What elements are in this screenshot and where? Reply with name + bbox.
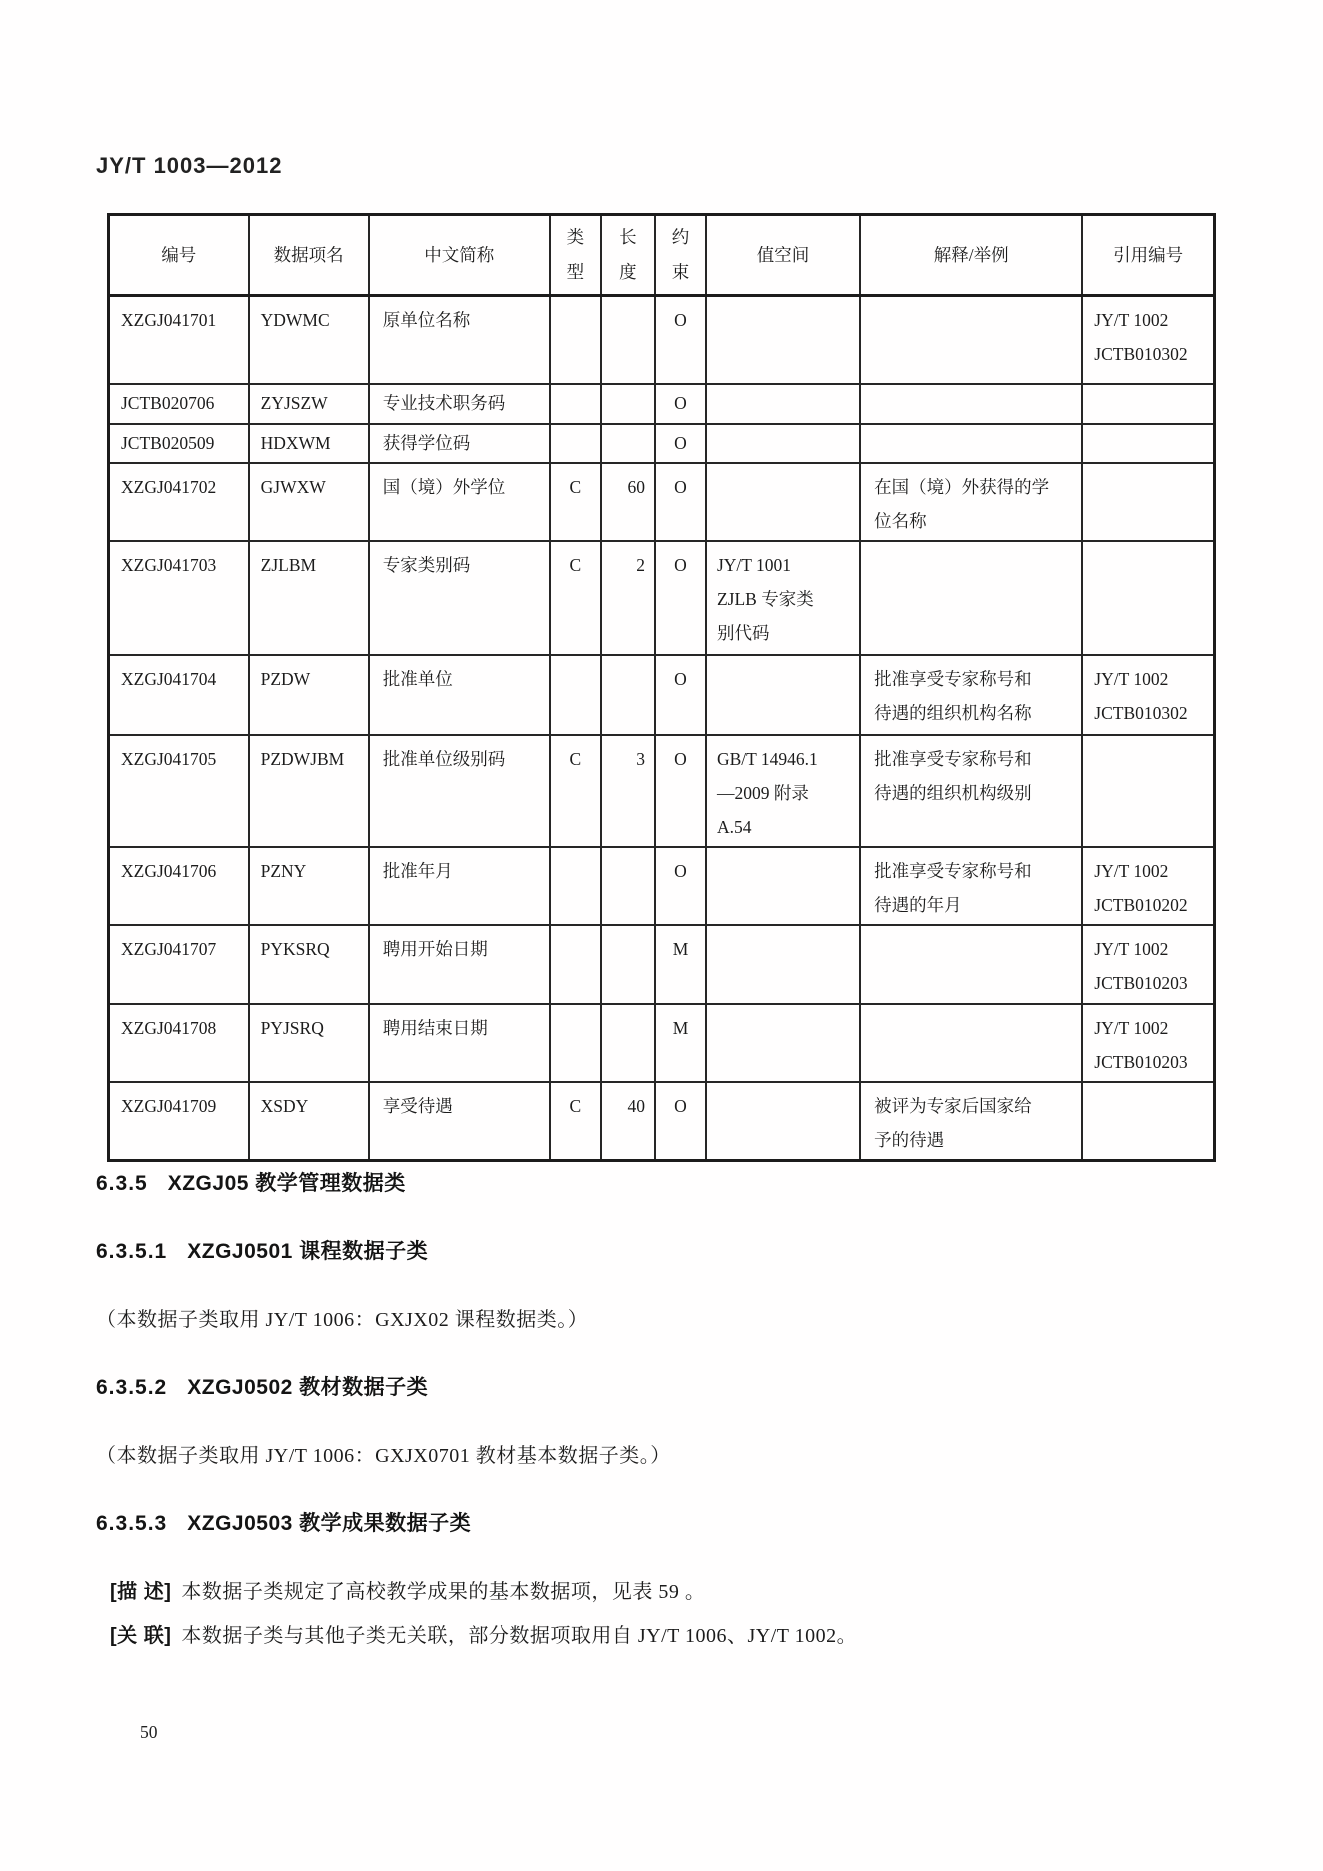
cell-ref: JY/T 1002 JCTB010302 <box>1082 296 1214 384</box>
cell-type <box>550 384 601 424</box>
cell-ref <box>1082 424 1214 463</box>
cell-expl <box>860 296 1082 384</box>
cell-item: PZDWJBM <box>249 735 369 847</box>
cell-vs <box>706 847 860 925</box>
cell-cons: O <box>655 424 706 463</box>
cell-expl <box>860 384 1082 424</box>
section-heading: 6.3.5.1XZGJ0501 课程数据子类 <box>96 1238 1223 1266</box>
document-page: JY/T 1003—2012 编号数据项名中文简称类 型长 度约 束值空间解释/… <box>0 0 1323 1871</box>
table-row: XZGJ041708PYJSRQ聘用结束日期MJY/T 1002 JCTB010… <box>109 1004 1215 1082</box>
cell-expl <box>860 1004 1082 1082</box>
cell-cn: 批准年月 <box>369 847 550 925</box>
cell-cn: 批准单位 <box>369 655 550 735</box>
table-row: XZGJ041707PYKSRQ聘用开始日期MJY/T 1002 JCTB010… <box>109 925 1215 1004</box>
table-row: JCTB020509HDXWM获得学位码O <box>109 424 1215 463</box>
cell-num: XZGJ041708 <box>109 1004 249 1082</box>
cell-type: C <box>550 1082 601 1161</box>
cell-len: 60 <box>601 463 655 541</box>
cell-vs <box>706 655 860 735</box>
cell-vs <box>706 1082 860 1161</box>
cell-cn: 专业技术职务码 <box>369 384 550 424</box>
section-title: XZGJ0501 课程数据子类 <box>187 1240 428 1263</box>
cell-ref <box>1082 1082 1214 1161</box>
column-header: 数据项名 <box>249 215 369 296</box>
cell-ref: JY/T 1002 JCTB010203 <box>1082 1004 1214 1082</box>
cell-ref: JY/T 1002 JCTB010202 <box>1082 847 1214 925</box>
cell-type: C <box>550 735 601 847</box>
cell-item: PYKSRQ <box>249 925 369 1004</box>
cell-item: PZDW <box>249 655 369 735</box>
cell-expl: 批准享受专家称号和 待遇的组织机构级别 <box>860 735 1082 847</box>
cell-cn: 聘用开始日期 <box>369 925 550 1004</box>
cell-item: YDWMC <box>249 296 369 384</box>
bracket-label: [关 联] <box>110 1625 171 1647</box>
cell-num: XZGJ041709 <box>109 1082 249 1161</box>
cell-type <box>550 655 601 735</box>
labeled-text: 本数据子类规定了高校教学成果的基本数据项，见表 59 。 <box>181 1581 705 1603</box>
section-title: XZGJ0503 教学成果数据子类 <box>187 1512 471 1535</box>
cell-len <box>601 655 655 735</box>
cell-cons: O <box>655 735 706 847</box>
cell-len: 2 <box>601 541 655 655</box>
cell-num: JCTB020509 <box>109 424 249 463</box>
cell-expl <box>860 925 1082 1004</box>
cell-vs: GB/T 14946.1 —2009 附录 A.54 <box>706 735 860 847</box>
section-number: 6.3.5.1 <box>96 1240 167 1263</box>
section-heading: 6.3.5.3XZGJ0503 教学成果数据子类 <box>96 1510 1223 1538</box>
cell-vs <box>706 424 860 463</box>
section-number: 6.3.5 <box>96 1172 148 1195</box>
cell-item: HDXWM <box>249 424 369 463</box>
cell-num: XZGJ041701 <box>109 296 249 384</box>
cell-item: ZYJSZW <box>249 384 369 424</box>
table-row: JCTB020706ZYJSZW专业技术职务码O <box>109 384 1215 424</box>
cell-item: PZNY <box>249 847 369 925</box>
table-row: XZGJ041704PZDW批准单位O批准享受专家称号和 待遇的组织机构名称JY… <box>109 655 1215 735</box>
sections: 6.3.5XZGJ05 教学管理数据类6.3.5.1XZGJ0501 课程数据子… <box>96 1152 1223 1666</box>
cell-ref: JY/T 1002 JCTB010203 <box>1082 925 1214 1004</box>
data-dictionary-table: 编号数据项名中文简称类 型长 度约 束值空间解释/举例引用编号 XZGJ0417… <box>107 213 1216 1162</box>
column-header: 编号 <box>109 215 249 296</box>
cell-num: XZGJ041706 <box>109 847 249 925</box>
cell-cons: O <box>655 463 706 541</box>
cell-expl: 被评为专家后国家给 予的待遇 <box>860 1082 1082 1161</box>
cell-cons: M <box>655 1004 706 1082</box>
cell-expl: 批准享受专家称号和 待遇的组织机构名称 <box>860 655 1082 735</box>
cell-ref: JY/T 1002 JCTB010302 <box>1082 655 1214 735</box>
cell-vs <box>706 925 860 1004</box>
table-header-row: 编号数据项名中文简称类 型长 度约 束值空间解释/举例引用编号 <box>109 215 1215 296</box>
cell-cons: O <box>655 847 706 925</box>
cell-len: 40 <box>601 1082 655 1161</box>
cell-item: XSDY <box>249 1082 369 1161</box>
cell-len <box>601 847 655 925</box>
cell-cons: O <box>655 384 706 424</box>
cell-num: XZGJ041703 <box>109 541 249 655</box>
cell-cons: O <box>655 655 706 735</box>
cell-expl <box>860 424 1082 463</box>
cell-ref <box>1082 735 1214 847</box>
cell-len <box>601 1004 655 1082</box>
cell-vs <box>706 1004 860 1082</box>
cell-num: XZGJ041707 <box>109 925 249 1004</box>
cell-cons: O <box>655 541 706 655</box>
labeled-text: 本数据子类与其他子类无关联，部分数据项取用自 JY/T 1006、JY/T 10… <box>181 1625 857 1647</box>
bracket-label: [描 述] <box>110 1581 171 1603</box>
column-header: 类 型 <box>550 215 601 296</box>
cell-item: PYJSRQ <box>249 1004 369 1082</box>
cell-num: JCTB020706 <box>109 384 249 424</box>
cell-len <box>601 925 655 1004</box>
labeled-paragraph: [描 述]本数据子类规定了高校教学成果的基本数据项，见表 59 。 <box>110 1578 1223 1606</box>
cell-cn: 获得学位码 <box>369 424 550 463</box>
table-row: XZGJ041709XSDY享受待遇C40O被评为专家后国家给 予的待遇 <box>109 1082 1215 1161</box>
cell-item: ZJLBM <box>249 541 369 655</box>
section-number: 6.3.5.2 <box>96 1376 167 1399</box>
cell-expl <box>860 541 1082 655</box>
cell-type <box>550 925 601 1004</box>
table-row: XZGJ041705PZDWJBM批准单位级别码C3OGB/T 14946.1 … <box>109 735 1215 847</box>
cell-num: XZGJ041704 <box>109 655 249 735</box>
cell-cons: O <box>655 296 706 384</box>
cell-vs: JY/T 1001 ZJLB 专家类 别代码 <box>706 541 860 655</box>
column-header: 解释/举例 <box>860 215 1082 296</box>
paragraph: （本数据子类取用 JY/T 1006：GXJX0701 教材基本数据子类。） <box>96 1442 1223 1470</box>
cell-ref <box>1082 463 1214 541</box>
cell-type <box>550 1004 601 1082</box>
cell-ref <box>1082 541 1214 655</box>
column-header: 长 度 <box>601 215 655 296</box>
cell-ref <box>1082 384 1214 424</box>
cell-cn: 原单位名称 <box>369 296 550 384</box>
table-row: XZGJ041701YDWMC原单位名称OJY/T 1002 JCTB01030… <box>109 296 1215 384</box>
cell-type: C <box>550 541 601 655</box>
cell-cn: 批准单位级别码 <box>369 735 550 847</box>
cell-type: C <box>550 463 601 541</box>
cell-type <box>550 296 601 384</box>
cell-expl: 批准享受专家称号和 待遇的年月 <box>860 847 1082 925</box>
section-title: XZGJ05 教学管理数据类 <box>168 1172 406 1195</box>
cell-cn: 专家类别码 <box>369 541 550 655</box>
column-header: 约 束 <box>655 215 706 296</box>
section-number: 6.3.5.3 <box>96 1512 167 1535</box>
cell-len: 3 <box>601 735 655 847</box>
cell-cn: 享受待遇 <box>369 1082 550 1161</box>
section-heading: 6.3.5XZGJ05 教学管理数据类 <box>96 1170 1223 1198</box>
cell-cn: 聘用结束日期 <box>369 1004 550 1082</box>
page-number: 50 <box>140 1722 158 1743</box>
cell-type <box>550 847 601 925</box>
cell-cons: M <box>655 925 706 1004</box>
cell-len <box>601 384 655 424</box>
column-header: 值空间 <box>706 215 860 296</box>
paragraph: （本数据子类取用 JY/T 1006：GXJX02 课程数据类。） <box>96 1306 1223 1334</box>
cell-len <box>601 296 655 384</box>
cell-cn: 国（境）外学位 <box>369 463 550 541</box>
cell-num: XZGJ041705 <box>109 735 249 847</box>
cell-expl: 在国（境）外获得的学 位名称 <box>860 463 1082 541</box>
table-row: XZGJ041703ZJLBM专家类别码C2OJY/T 1001 ZJLB 专家… <box>109 541 1215 655</box>
cell-vs <box>706 384 860 424</box>
labeled-paragraph: [关 联]本数据子类与其他子类无关联，部分数据项取用自 JY/T 1006、JY… <box>110 1622 1223 1650</box>
cell-len <box>601 424 655 463</box>
cell-num: XZGJ041702 <box>109 463 249 541</box>
section-heading: 6.3.5.2XZGJ0502 教材数据子类 <box>96 1374 1223 1402</box>
doc-code: JY/T 1003—2012 <box>96 153 282 179</box>
cell-cons: O <box>655 1082 706 1161</box>
table-row: XZGJ041706PZNY批准年月O批准享受专家称号和 待遇的年月JY/T 1… <box>109 847 1215 925</box>
cell-vs <box>706 296 860 384</box>
cell-vs <box>706 463 860 541</box>
table-row: XZGJ041702GJWXW国（境）外学位C60O在国（境）外获得的学 位名称 <box>109 463 1215 541</box>
cell-type <box>550 424 601 463</box>
cell-item: GJWXW <box>249 463 369 541</box>
column-header: 引用编号 <box>1082 215 1214 296</box>
column-header: 中文简称 <box>369 215 550 296</box>
section-title: XZGJ0502 教材数据子类 <box>187 1376 428 1399</box>
table-body: XZGJ041701YDWMC原单位名称OJY/T 1002 JCTB01030… <box>109 296 1215 1161</box>
